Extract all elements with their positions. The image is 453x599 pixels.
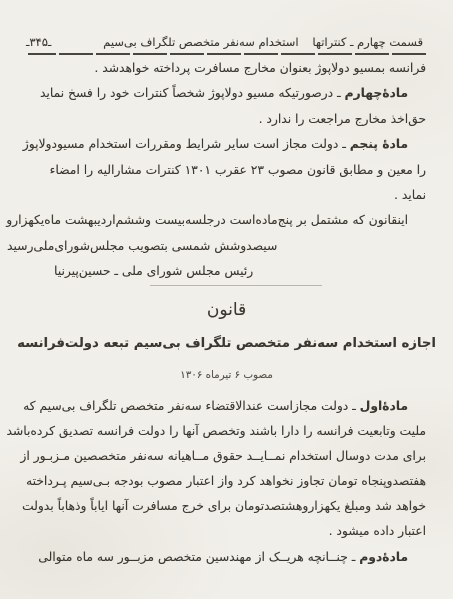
header-section-label: قسمت چهارم ـ کنتراتها bbox=[312, 35, 423, 49]
law-subtitle: اجازه استخدام سه‌نفر متخصص تلگراف بی‌سیم… bbox=[0, 336, 453, 351]
paragraph-line: فرانسه بمسیو دولاپوژ بعنوان مخارج مسافرت… bbox=[27, 56, 426, 81]
paragraph-line: ملیت وتابعیت فرانسه را دارا باشند وتخصص … bbox=[27, 419, 426, 444]
paragraph-line: خواهد شد ومبلغ یکهزاروهشتصدتومان برای خر… bbox=[27, 494, 426, 519]
article-5-line: مادهٔ پنجم ـ دولت مجاز است سایر شرایط وم… bbox=[27, 132, 426, 157]
article-1-line: مادهٔ‌اول ـ دولت مجازاست عندالاقتضاء سه‌… bbox=[27, 394, 426, 419]
section-separator bbox=[150, 285, 322, 286]
header-rule bbox=[28, 53, 426, 55]
paragraph-line: هفتصدوپنجاه تومان تجاوز نخواهد کرد واز ا… bbox=[27, 469, 426, 494]
article-4-heading: مادهٔ‌چهارم bbox=[345, 86, 409, 100]
law-body-text: مادهٔ‌اول ـ دولت مجازاست عندالاقتضاء سه‌… bbox=[27, 394, 426, 570]
header-running-title: استخدام سه‌نفر متخصص تلگراف بی‌سیم bbox=[65, 35, 298, 49]
article-5-heading: مادهٔ پنجم bbox=[350, 137, 408, 151]
page-header: قسمت چهارم ـ کنتراتها استخدام سه‌نفر متخ… bbox=[26, 35, 423, 49]
law-approval-date: مصوب ۶ تیرماه ۱۳۰۶ bbox=[0, 369, 453, 381]
ratification-line: سیصدوشش شمسی بتصویب مجلس‌شورای‌ملی‌رسید bbox=[7, 234, 426, 259]
law-title: قانون bbox=[0, 300, 453, 320]
speaker-signature: رئیس مجلس شورای ملی ـ حسین‌پیرنیا bbox=[27, 259, 426, 284]
page-number: ـ۳۴۵ـ bbox=[26, 35, 51, 49]
scanned-document-page: قسمت چهارم ـ کنتراتها استخدام سه‌نفر متخ… bbox=[0, 0, 453, 599]
previous-law-text: فرانسه بمسیو دولاپوژ بعنوان مخارج مسافرت… bbox=[27, 56, 426, 285]
article-4-line: مادهٔ‌چهارم ـ درصورتیکه مسیو دولاپوژ شخص… bbox=[27, 81, 426, 106]
article-1-heading: مادهٔ‌اول bbox=[360, 399, 408, 413]
paragraph-line: نماید . bbox=[27, 183, 426, 208]
paragraph-line: را معین و مطابق قانون مصوب ۲۳ عقرب ۱۳۰۱ … bbox=[27, 158, 426, 183]
paragraph-line: برای مدت دوسال استخدام نمــایــد حقوق مـ… bbox=[27, 444, 426, 469]
ratification-line: اینقانون که مشتمل بر پنج‌ماده‌است درجلسه… bbox=[27, 208, 426, 233]
paragraph-line: اعتبار داده میشود . bbox=[27, 519, 426, 544]
article-2-line: مادهٔ‌دوم ـ چنــانچه هریــک از مهندسین م… bbox=[27, 545, 426, 570]
paragraph-line: حق‌اخذ مخارج مراجعت را ندارد . bbox=[27, 107, 426, 132]
article-2-heading: مادهٔ‌دوم bbox=[359, 550, 408, 564]
